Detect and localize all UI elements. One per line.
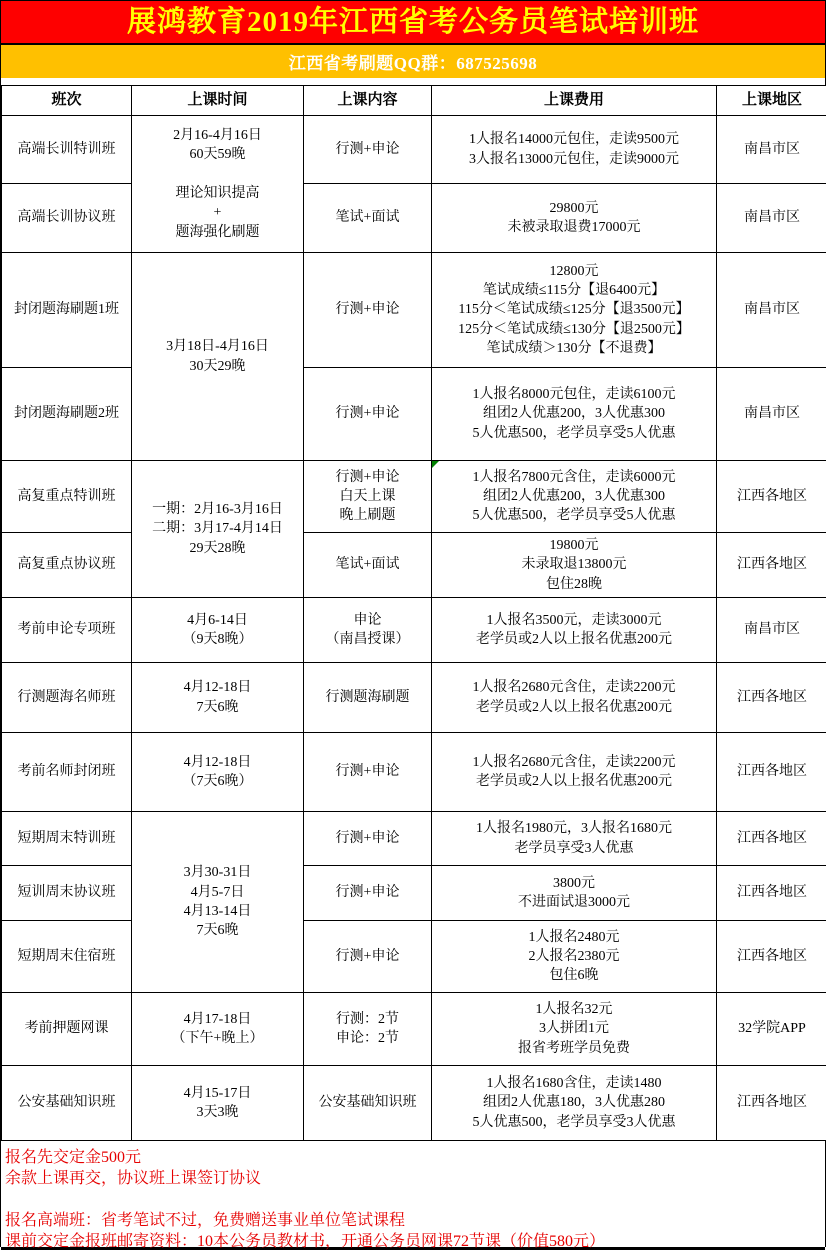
- cell-fee: 1人报名2680元含住，走读2200元 老学员或2人以上报名优惠200元: [432, 663, 717, 733]
- cell-class-name: 短期周末特训班: [2, 812, 132, 866]
- cell-content: 行测：2节 申论：2节: [304, 993, 432, 1066]
- cell-content: 行测+申论: [304, 812, 432, 866]
- cell-time: 4月6-14日 （9天8晚）: [132, 598, 304, 663]
- cell-class-name: 考前名师封闭班: [2, 733, 132, 812]
- cell-content: 行测题海刷题: [304, 663, 432, 733]
- cell-fee: 1人报名32元 3人拼团1元 报省考班学员免费: [432, 993, 717, 1066]
- cell-content: 行测+申论: [304, 921, 432, 993]
- table-row: 考前押题网课 4月17-18日 （下午+晚上） 行测：2节 申论：2节 1人报名…: [2, 993, 826, 1066]
- cell-region: 南昌市区: [717, 368, 826, 461]
- col-header-fee: 上课费用: [432, 86, 717, 116]
- cell-time: 一期：2月16-3月16日 二期：3月17-4月14日 29天28晚: [132, 461, 304, 598]
- cell-time: 4月15-17日 3天3晚: [132, 1066, 304, 1141]
- schedule-table: 班次 上课时间 上课内容 上课费用 上课地区 高端长训特训班 2月16-4月16…: [1, 85, 826, 1141]
- table-row: 高端长训协议班 笔试+面试 29800元 未被录取退费17000元 南昌市区: [2, 184, 826, 253]
- cell-fee: 29800元 未被录取退费17000元: [432, 184, 717, 253]
- title-bar: 展鸿教育2019年江西省考公务员笔试培训班: [1, 0, 825, 45]
- cell-time: 3月18日-4月16日 30天29晚: [132, 253, 304, 461]
- cell-region: 江西各地区: [717, 663, 826, 733]
- table-row: 高端长训特训班 2月16-4月16日 60天59晚 理论知识提高 + 题海强化刷…: [2, 116, 826, 184]
- table-row: 公安基础知识班 4月15-17日 3天3晚 公安基础知识班 1人报名1680含住…: [2, 1066, 826, 1141]
- cell-class-name: 高端长训特训班: [2, 116, 132, 184]
- cell-region: 江西各地区: [717, 921, 826, 993]
- cell-fee: 1人报名8000元包住，走读6100元 组团2人优惠200，3人优惠300 5人…: [432, 368, 717, 461]
- cell-fee: 19800元 未录取退13800元 包住28晚: [432, 533, 717, 598]
- cell-content: 行测+申论 白天上课 晚上刷题: [304, 461, 432, 533]
- table-row: 行测题海名师班 4月12-18日 7天6晚 行测题海刷题 1人报名2680元含住…: [2, 663, 826, 733]
- cell-fee: 1人报名2480元 2人报名2380元 包住6晚: [432, 921, 717, 993]
- comment-marker-icon: [432, 461, 439, 468]
- table-row: 短训周末协议班 行测+申论 3800元 不进面试退3000元 江西各地区: [2, 866, 826, 921]
- cell-content: 申论 （南昌授课）: [304, 598, 432, 663]
- cell-content: 行测+申论: [304, 116, 432, 184]
- cell-region: 江西各地区: [717, 533, 826, 598]
- cell-time: 2月16-4月16日 60天59晚 理论知识提高 + 题海强化刷题: [132, 116, 304, 253]
- cell-class-name: 封闭题海刷题1班: [2, 253, 132, 368]
- cell-time: 4月12-18日 （7天6晚）: [132, 733, 304, 812]
- col-header-region: 上课地区: [717, 86, 826, 116]
- cell-class-name: 公安基础知识班: [2, 1066, 132, 1141]
- footer-text: 报名先交定金500元 余款上课再交，协议班上课签订协议 报名高端班：省考笔试不过…: [5, 1147, 821, 1252]
- table-row: 考前申论专项班 4月6-14日 （9天8晚） 申论 （南昌授课） 1人报名350…: [2, 598, 826, 663]
- header-row: 班次 上课时间 上课内容 上课费用 上课地区: [2, 86, 826, 116]
- table-row: 短期周末特训班 3月30-31日 4月5-7日 4月13-14日 7天6晚 行测…: [2, 812, 826, 866]
- cell-time: 4月17-18日 （下午+晚上）: [132, 993, 304, 1066]
- cell-class-name: 高端长训协议班: [2, 184, 132, 253]
- cell-content: 笔试+面试: [304, 533, 432, 598]
- cell-fee: 1人报名1680含住，走读1480 组团2人优惠180，3人优惠280 5人优惠…: [432, 1066, 717, 1141]
- cell-class-name: 考前申论专项班: [2, 598, 132, 663]
- cell-region: 江西各地区: [717, 1066, 826, 1141]
- cell-region: 南昌市区: [717, 253, 826, 368]
- cell-content: 行测+申论: [304, 368, 432, 461]
- cell-region: 南昌市区: [717, 598, 826, 663]
- cell-class-name: 短训周末协议班: [2, 866, 132, 921]
- qq-group-text: 江西省考刷题QQ群：687525698: [289, 49, 537, 74]
- cell-region: 南昌市区: [717, 116, 826, 184]
- sheet: 展鸿教育2019年江西省考公务员笔试培训班 江西省考刷题QQ群：68752569…: [0, 0, 826, 1247]
- cell-fee: 1人报名1980元，3人报名1680元 老学员享受3人优惠: [432, 812, 717, 866]
- cell-content: 笔试+面试: [304, 184, 432, 253]
- table-row: 考前名师封闭班 4月12-18日 （7天6晚） 行测+申论 1人报名2680元含…: [2, 733, 826, 812]
- cell-content: 行测+申论: [304, 253, 432, 368]
- cell-region: 南昌市区: [717, 184, 826, 253]
- cell-fee: 1人报名7800元含住，走读6000元 组团2人优惠200，3人优惠300 5人…: [432, 461, 717, 533]
- cell-class-name: 封闭题海刷题2班: [2, 368, 132, 461]
- cell-class-name: 高复重点协议班: [2, 533, 132, 598]
- cell-content: 行测+申论: [304, 866, 432, 921]
- cell-content: 行测+申论: [304, 733, 432, 812]
- cell-region: 32学院APP: [717, 993, 826, 1066]
- cell-fee: 12800元 笔试成绩≤115分【退6400元】 115分＜笔试成绩≤125分【…: [432, 253, 717, 368]
- table-row: 封闭题海刷题1班 3月18日-4月16日 30天29晚 行测+申论 12800元…: [2, 253, 826, 368]
- col-header-content: 上课内容: [304, 86, 432, 116]
- cell-class-name: 高复重点特训班: [2, 461, 132, 533]
- qq-bar: 江西省考刷题QQ群：687525698: [1, 45, 825, 78]
- cell-region: 江西各地区: [717, 866, 826, 921]
- cell-time: 3月30-31日 4月5-7日 4月13-14日 7天6晚: [132, 812, 304, 993]
- cell-content: 公安基础知识班: [304, 1066, 432, 1141]
- cell-class-name: 短期周末住宿班: [2, 921, 132, 993]
- table-row: 高复重点特训班 一期：2月16-3月16日 二期：3月17-4月14日 29天2…: [2, 461, 826, 533]
- cell-region: 江西各地区: [717, 461, 826, 533]
- cell-fee: 3800元 不进面试退3000元: [432, 866, 717, 921]
- cell-fee: 1人报名14000元包住，走读9500元 3人报名13000元包住，走读9000…: [432, 116, 717, 184]
- cell-region: 江西各地区: [717, 812, 826, 866]
- page-title: 展鸿教育2019年江西省考公务员笔试培训班: [127, 8, 699, 37]
- col-header-class: 班次: [2, 86, 132, 116]
- table-row: 高复重点协议班 笔试+面试 19800元 未录取退13800元 包住28晚 江西…: [2, 533, 826, 598]
- col-header-time: 上课时间: [132, 86, 304, 116]
- cell-time: 4月12-18日 7天6晚: [132, 663, 304, 733]
- cell-fee: 1人报名2680元含住，走读2200元 老学员或2人以上报名优惠200元: [432, 733, 717, 812]
- spacer: [1, 78, 825, 85]
- table-row: 封闭题海刷题2班 行测+申论 1人报名8000元包住，走读6100元 组团2人优…: [2, 368, 826, 461]
- cell-region: 江西各地区: [717, 733, 826, 812]
- cell-fee-text: 1人报名7800元含住，走读6000元 组团2人优惠200，3人优惠300 5人…: [473, 470, 676, 524]
- cell-class-name: 考前押题网课: [2, 993, 132, 1066]
- table-row: 短期周末住宿班 行测+申论 1人报名2480元 2人报名2380元 包住6晚 江…: [2, 921, 826, 993]
- cell-fee: 1人报名3500元，走读3000元 老学员或2人以上报名优惠200元: [432, 598, 717, 663]
- footer-notes: 报名先交定金500元 余款上课再交，协议班上课签订协议 报名高端班：省考笔试不过…: [1, 1141, 825, 1250]
- cell-class-name: 行测题海名师班: [2, 663, 132, 733]
